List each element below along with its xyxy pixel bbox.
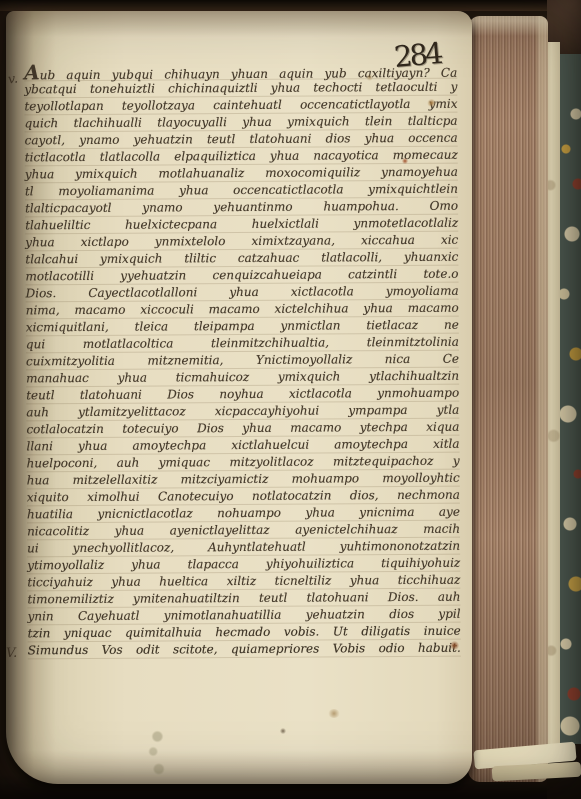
photo-top-rim <box>0 0 581 11</box>
book-fore-edge <box>468 16 548 782</box>
manuscript-text: Aub aquin yubqui chihuayn yhuan aquin yu… <box>24 62 461 660</box>
margin-mark-bottom: V. <box>6 646 17 661</box>
margin-mark-top: v. <box>7 71 19 87</box>
manuscript-line: Simundus Vos odit scitote, quiamepriores… <box>28 640 461 660</box>
page-number: 284 <box>393 36 442 74</box>
book-photo: 284 v. V. Aub aquin yubqui chihuayn yhua… <box>0 0 581 799</box>
foxing-stain <box>280 728 286 734</box>
manuscript-page: 284 v. V. Aub aquin yubqui chihuayn yhua… <box>6 11 472 784</box>
foxing-stain <box>328 709 340 718</box>
foxing-stain <box>142 729 170 779</box>
marbled-endpaper <box>558 54 581 744</box>
